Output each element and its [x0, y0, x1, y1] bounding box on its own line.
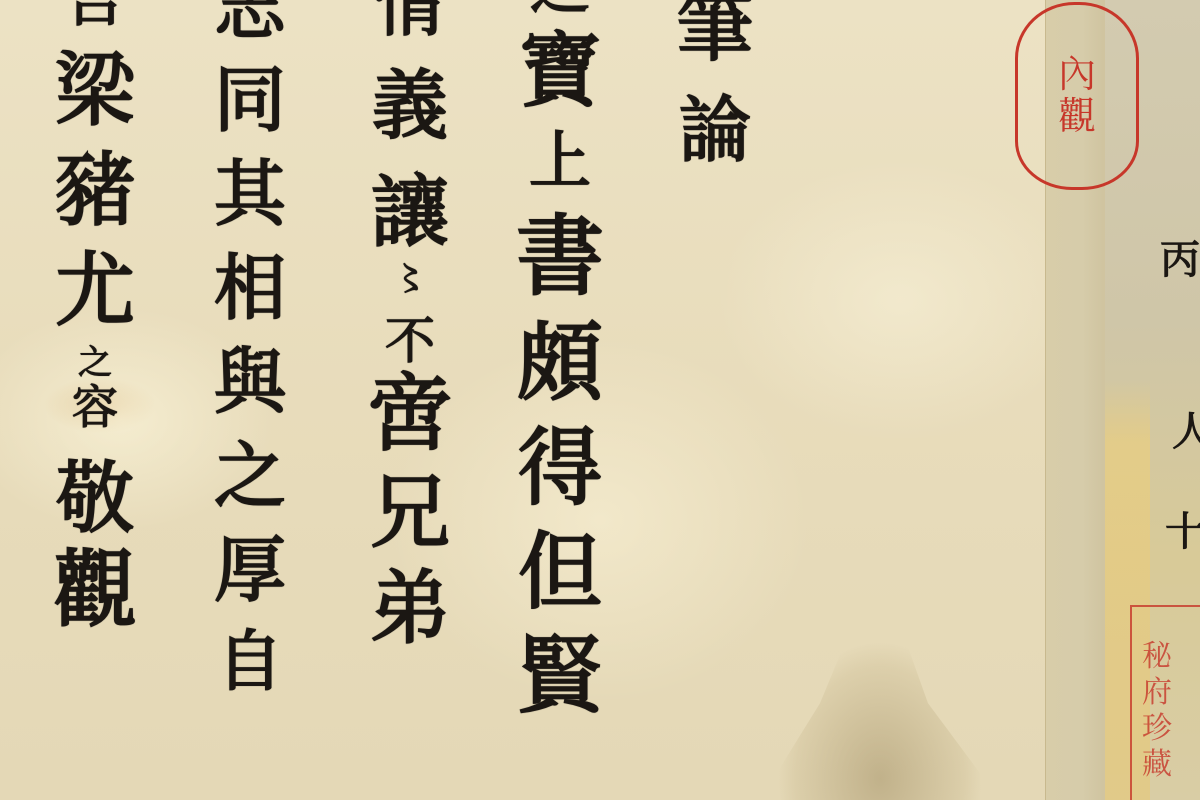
character: 敬 [56, 460, 134, 538]
character: 頗 [517, 320, 603, 406]
character: 之 [530, 0, 590, 18]
edge-character: 丙 [1160, 228, 1200, 285]
character: 但 [518, 530, 602, 614]
calligraphy-column-5: 筆 論 [660, 0, 770, 166]
character: 之 [78, 346, 112, 380]
calligraphy-column-2: 志 同 其 相 與 之 厚 自 [195, 0, 305, 694]
character: 不 [385, 316, 435, 366]
character: 讓 [371, 174, 449, 252]
character: 豬 [55, 150, 135, 230]
edge-character: 人 [1172, 400, 1200, 457]
character: 厚 [214, 534, 286, 606]
calligraphy-column-1: 吾 梁 豬 尤 之 容 敬 觀 [40, 0, 150, 632]
edge-character: 十 [1165, 500, 1200, 557]
character: 論 [679, 94, 751, 166]
character: 吾 [65, 0, 125, 30]
character: 志 [214, 0, 286, 44]
character: 相 [214, 252, 286, 324]
character: 自 [217, 628, 283, 694]
character: 之 [214, 440, 286, 512]
character: 〻 [393, 262, 427, 296]
character: 上 [529, 130, 591, 192]
seal-character: 藏 [1142, 750, 1172, 780]
character: 與 [214, 346, 286, 418]
character: 情 [375, 0, 445, 40]
collector-seal-top: 內 觀 [1015, 2, 1139, 190]
character: 得 [518, 426, 602, 510]
character: 容 [72, 384, 118, 430]
character: 尤 [55, 250, 135, 330]
seal-character: 內 [1058, 54, 1096, 96]
seal-character: 珍 [1142, 714, 1172, 744]
seal-character: 府 [1142, 678, 1172, 708]
seal-character: 觀 [1058, 96, 1096, 138]
character: 弟 [370, 568, 450, 648]
calligraphy-column-3: 情 義 讓 〻 不 啻 兄 弟 [355, 0, 465, 648]
character: 義 [372, 68, 448, 144]
calligraphy-column-4: 之 寶 上 書 頗 得 但 賢 [500, 0, 620, 718]
character: 賢 [518, 634, 602, 718]
seal-character: 秘 [1142, 642, 1172, 672]
character: 書 [516, 212, 604, 300]
character: 啻 [368, 372, 452, 456]
character: 筆 [677, 0, 753, 66]
character: 兄 [370, 472, 450, 552]
character: 同 [214, 64, 286, 136]
collector-seal-bottom: 秘 府 珍 藏 [1130, 605, 1200, 800]
character: 梁 [55, 50, 135, 130]
character: 其 [214, 158, 286, 230]
character: 寶 [519, 30, 601, 112]
character: 觀 [53, 548, 137, 632]
